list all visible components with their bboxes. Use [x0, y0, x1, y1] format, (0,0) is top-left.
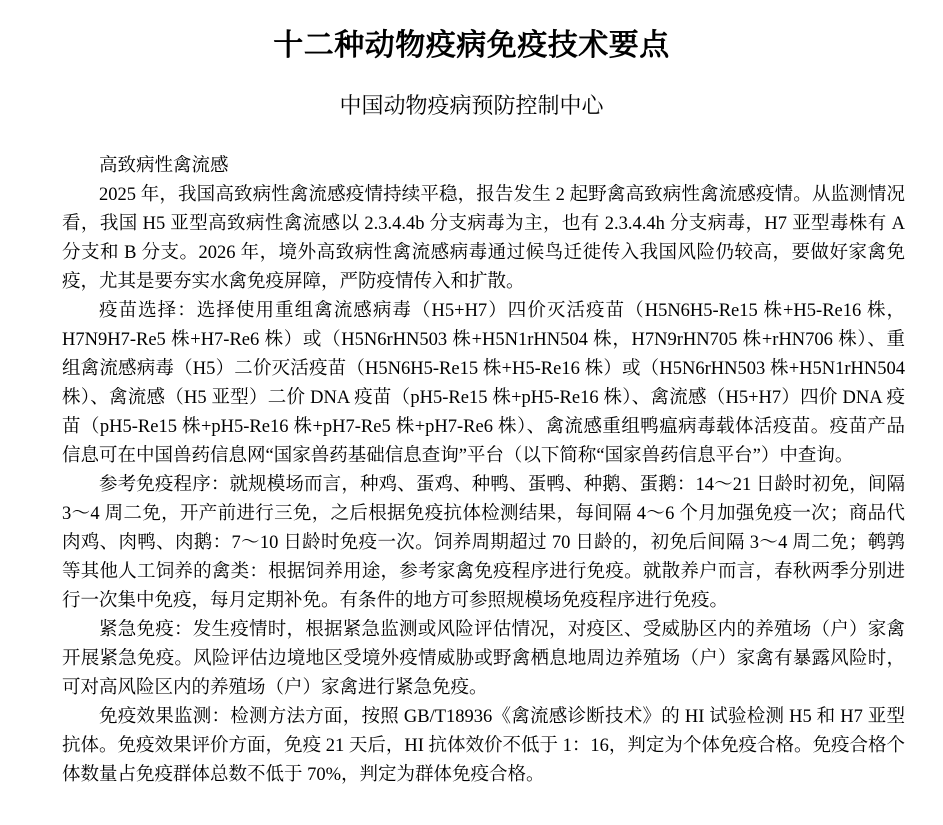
- document-page: 十二种动物疫病免疫技术要点 中国动物疫病预防控制中心 高致病性禽流感 2025 …: [0, 0, 943, 825]
- paragraph-vaccine-selection: 疫苗选择：选择使用重组禽流感病毒（H5+H7）四价灭活疫苗（H5N6H5-Re1…: [62, 297, 905, 471]
- paragraph-immunization-program: 参考免疫程序：就规模场而言，种鸡、蛋鸡、种鸭、蛋鸭、种鹅、蛋鹅：14～21 日龄…: [62, 471, 905, 616]
- document-title: 十二种动物疫病免疫技术要点: [0, 27, 943, 65]
- document-body: 高致病性禽流感 2025 年，我国高致病性禽流感疫情持续平稳，报告发生 2 起野…: [62, 152, 905, 790]
- paragraph-emergency-immunization: 紧急免疫：发生疫情时，根据紧急监测或风险评估情况，对疫区、受威胁区内的养殖场（户…: [62, 616, 905, 703]
- paragraph-epidemic-overview: 2025 年，我国高致病性禽流感疫情持续平稳，报告发生 2 起野禽高致病性禽流感…: [62, 181, 905, 297]
- paragraph-effect-monitoring: 免疫效果监测：检测方法方面，按照 GB/T18936《禽流感诊断技术》的 HI …: [62, 703, 905, 790]
- document-subtitle: 中国动物疫病预防控制中心: [0, 94, 943, 118]
- section-heading: 高致病性禽流感: [62, 152, 905, 181]
